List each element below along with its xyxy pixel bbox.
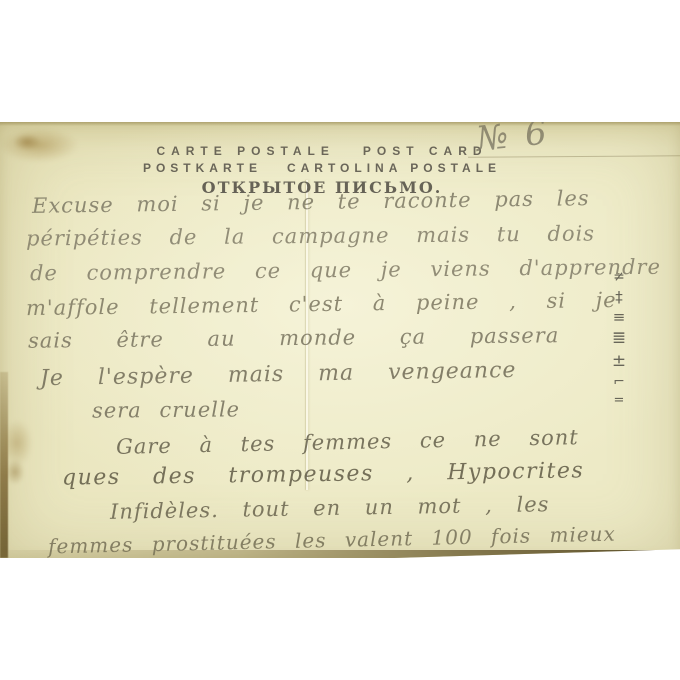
postcard-photo: CARTE POSTALE POST CARD POSTKARTE CARTOL… — [0, 0, 680, 680]
stamp-mark: ‡ — [606, 287, 632, 307]
handwriting-line: de comprendre ce que je viens d'apprendr… — [30, 255, 661, 286]
handwriting-line: péripéties de la campagne mais tu dois — [26, 222, 595, 251]
handwriting-line: sais être au monde ça passera — [28, 323, 560, 353]
stamp-mark: ± — [606, 350, 632, 373]
stain — [6, 460, 24, 484]
stamp-mark: ≠ — [606, 268, 632, 287]
stamp-mark: ⌐ — [606, 373, 632, 392]
handwriting-line: sera cruelle — [92, 397, 240, 422]
stamp-mark: ≣ — [606, 327, 632, 350]
handwriting-line: Gare à tes femmes ce ne sont — [116, 425, 579, 459]
handwriting-line: Infidèles. tout en un mot , les — [110, 492, 550, 524]
card-top-edge — [0, 122, 680, 126]
handwriting-line: ques des trompeuses , Hypocrites — [62, 458, 585, 490]
header-line-german-italian: POSTKARTE CARTOLINA POSTALE — [0, 161, 644, 175]
stamp-mark: = — [606, 392, 632, 410]
vertical-oriental-stamp: ≠ ‡ ≡ ≣ ± ⌐ = — [606, 268, 632, 410]
stamp-mark: ≡ — [606, 307, 632, 327]
card-left-edge — [0, 372, 8, 558]
handwriting-line: m'affole tellement c'est à peine , si je — [26, 288, 617, 320]
handwriting-line: Je l'espère mais ma vengeance — [40, 358, 517, 391]
postcard-back: CARTE POSTALE POST CARD POSTKARTE CARTOL… — [0, 122, 680, 558]
